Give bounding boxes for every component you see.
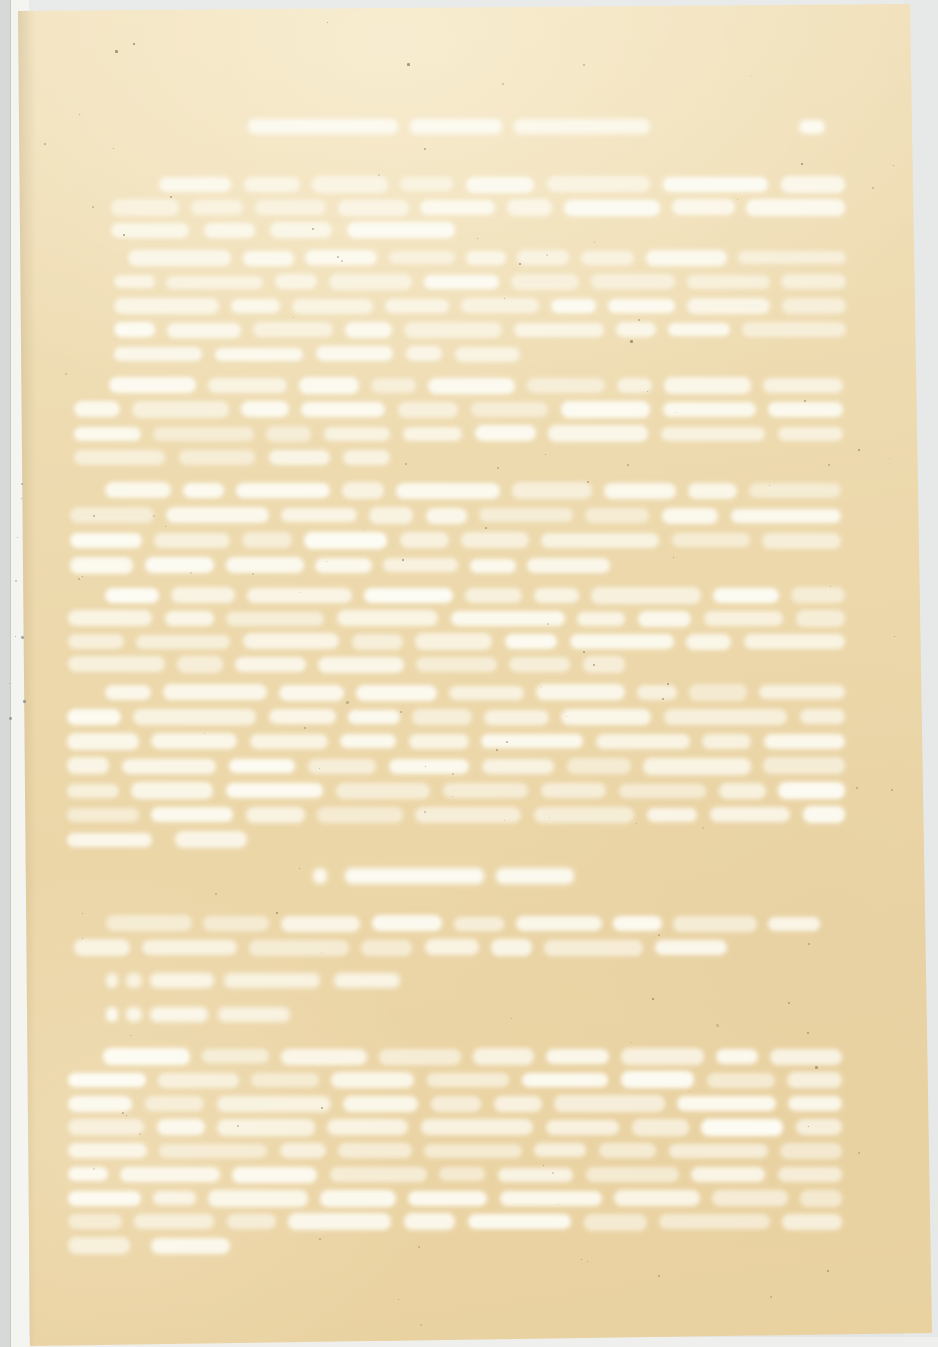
word-blob: [317, 807, 402, 824]
word-blob: [177, 656, 222, 673]
text-line: [68, 634, 845, 649]
paper-speck: [689, 1091, 690, 1092]
word-blob: [546, 1120, 620, 1135]
word-blob: [716, 1049, 759, 1064]
word-blob: [431, 1096, 481, 1112]
scanned-page: [0, 0, 938, 1347]
word-blob: [275, 274, 317, 289]
paper-speck: [337, 256, 339, 258]
word-blob: [534, 1143, 586, 1157]
word-blob: [379, 1049, 462, 1065]
word-blob: [439, 1167, 485, 1181]
word-blob: [304, 532, 387, 549]
word-blob: [227, 1214, 276, 1229]
word-blob: [507, 199, 552, 216]
word-blob: [778, 782, 845, 799]
text-line: [68, 1143, 842, 1158]
edge-speck: [15, 580, 17, 582]
paper-speck: [770, 1296, 772, 1298]
word-blob: [404, 322, 503, 338]
word-blob: [159, 177, 231, 191]
paper-speck: [894, 636, 895, 637]
word-blob: [68, 1096, 132, 1112]
word-blob: [243, 633, 339, 649]
word-blob: [646, 250, 727, 266]
text-line: [74, 402, 843, 417]
word-blob: [369, 507, 413, 523]
paper-speck: [346, 701, 349, 704]
paper-speck: [630, 340, 633, 343]
word-blob: [475, 425, 536, 441]
word-blob: [372, 915, 442, 931]
word-blob: [509, 657, 570, 671]
word-blob: [253, 322, 333, 337]
word-blob: [400, 532, 449, 548]
text-line: [111, 223, 455, 238]
word-blob: [266, 426, 311, 442]
word-blob: [68, 1191, 141, 1206]
word-blob: [677, 1096, 776, 1111]
paper-speck: [497, 467, 499, 469]
word-blob: [305, 250, 377, 265]
text-line: [109, 378, 843, 393]
paper-speck: [82, 576, 83, 577]
section-heading-blob: [496, 868, 574, 884]
word-blob: [536, 684, 625, 700]
paper-speck: [485, 527, 487, 529]
word-blob: [781, 274, 846, 290]
paper-speck: [893, 165, 894, 166]
text-line: [105, 685, 845, 700]
word-blob: [114, 322, 155, 337]
list-item-1-blob: [150, 973, 214, 988]
word-blob: [246, 807, 305, 823]
text-line: [105, 588, 845, 603]
word-blob: [482, 759, 554, 773]
word-blob: [541, 783, 606, 799]
text-line: [67, 710, 845, 725]
word-blob: [591, 587, 701, 604]
word-blob: [742, 322, 846, 337]
word-blob: [427, 1073, 510, 1088]
paper-speck: [504, 298, 505, 299]
paper-speck: [78, 578, 80, 580]
word-blob: [713, 588, 779, 602]
word-blob: [396, 483, 500, 500]
text-line: [74, 450, 390, 465]
word-blob: [669, 1144, 768, 1158]
paper-speck: [115, 50, 118, 53]
word-blob: [672, 199, 735, 215]
text-line: [105, 483, 841, 498]
list-item-1-blob: [334, 973, 400, 988]
running-head-blob: [514, 119, 650, 134]
word-blob: [136, 635, 230, 649]
word-blob: [183, 483, 224, 497]
word-blob: [686, 634, 731, 650]
word-blob: [534, 807, 634, 823]
paper-speck: [716, 1024, 719, 1027]
word-blob: [247, 588, 352, 602]
word-blob: [163, 684, 266, 700]
word-blob: [591, 274, 675, 290]
word-blob: [498, 1168, 573, 1182]
paper-speck: [546, 254, 548, 256]
word-blob: [175, 831, 247, 848]
edge-speck: [21, 483, 23, 485]
word-blob: [120, 1167, 219, 1182]
word-blob: [105, 482, 171, 498]
word-blob: [312, 176, 387, 193]
paper-speck: [788, 1002, 790, 1004]
word-blob: [106, 915, 192, 931]
word-blob: [292, 299, 373, 314]
word-blob: [166, 507, 269, 523]
word-blob: [494, 1096, 542, 1112]
text-line: [114, 347, 520, 361]
word-blob: [687, 275, 769, 288]
word-blob: [330, 1167, 427, 1182]
paper-speck: [133, 43, 135, 45]
list-item-1-blob: [126, 973, 142, 988]
word-blob: [389, 759, 470, 773]
word-blob: [415, 807, 521, 822]
word-blob: [778, 427, 843, 441]
word-blob: [203, 916, 269, 932]
word-blob: [171, 587, 235, 604]
word-blob: [614, 1190, 699, 1206]
word-blob: [250, 734, 328, 749]
word-blob: [67, 808, 139, 822]
word-blob: [491, 939, 532, 956]
word-blob: [132, 401, 229, 418]
word-blob: [663, 177, 768, 192]
paper-speck: [215, 893, 217, 895]
word-blob: [251, 1073, 318, 1087]
text-line: [114, 299, 846, 313]
word-blob: [318, 657, 404, 674]
word-blob: [484, 710, 549, 725]
word-blob: [356, 685, 438, 701]
word-blob: [663, 402, 756, 418]
paper-speck: [801, 163, 803, 165]
word-blob: [511, 274, 580, 290]
word-blob: [114, 347, 202, 360]
word-blob: [159, 1144, 267, 1159]
text-line: [128, 251, 846, 265]
running-head-blob: [248, 119, 398, 134]
word-blob: [527, 558, 610, 573]
word-blob: [131, 782, 213, 799]
word-blob: [409, 734, 469, 749]
word-blob: [67, 709, 121, 726]
word-blob: [500, 1191, 602, 1206]
word-blob: [109, 377, 196, 393]
word-blob: [719, 783, 766, 799]
page-number-blob: [799, 120, 825, 134]
word-blob: [791, 587, 845, 603]
word-blob: [731, 509, 841, 523]
word-blob: [269, 450, 330, 466]
word-blob: [512, 482, 592, 499]
paper-speck: [750, 76, 751, 77]
word-blob: [768, 402, 843, 417]
word-blob: [338, 1143, 412, 1158]
paper-speck: [252, 573, 254, 575]
word-blob: [122, 759, 217, 773]
word-blob: [336, 783, 430, 799]
word-blob: [128, 250, 231, 266]
paper-speck: [237, 1125, 239, 1127]
word-blob: [586, 1167, 679, 1183]
edge-speck: [23, 700, 26, 703]
word-blob: [151, 733, 237, 749]
word-blob: [371, 378, 417, 393]
word-blob: [68, 1119, 144, 1135]
word-blob: [585, 508, 649, 523]
paper-speck: [815, 1066, 818, 1069]
word-blob: [68, 1237, 130, 1254]
word-blob: [788, 1096, 842, 1112]
word-blob: [316, 346, 393, 361]
paper-speck: [804, 400, 806, 402]
word-blob: [608, 299, 675, 312]
word-blob: [643, 758, 750, 775]
paper-speck: [662, 698, 664, 700]
word-blob: [279, 685, 344, 701]
word-blob: [613, 916, 661, 931]
word-blob: [158, 1073, 239, 1088]
word-blob: [782, 298, 846, 313]
word-blob: [468, 1214, 572, 1230]
word-blob: [249, 940, 348, 957]
word-blob: [415, 633, 492, 649]
word-blob: [157, 1119, 205, 1136]
word-blob: [315, 558, 371, 573]
text-line: [67, 759, 845, 774]
paper-speck: [424, 811, 426, 813]
paper-speck: [891, 789, 893, 791]
paper-speck: [667, 683, 669, 685]
paper-speck: [126, 1115, 127, 1116]
list-item-2-blob: [126, 1007, 142, 1022]
paper-speck: [402, 559, 404, 561]
word-blob: [443, 783, 529, 799]
word-blob: [68, 656, 165, 672]
edge-speck: [9, 717, 12, 720]
word-blob: [389, 251, 455, 265]
word-blob: [151, 1238, 230, 1254]
paper-speck: [122, 1112, 124, 1114]
word-blob: [329, 274, 412, 290]
word-blob: [710, 807, 791, 821]
word-blob: [114, 298, 219, 314]
edge-speck: [21, 636, 24, 639]
word-blob: [67, 757, 109, 774]
word-blob: [70, 507, 154, 523]
word-blob: [408, 1191, 487, 1206]
word-blob: [455, 347, 520, 362]
word-blob: [231, 299, 280, 314]
word-blob: [421, 1119, 533, 1135]
text-line: [68, 1191, 842, 1206]
word-blob: [236, 483, 330, 498]
word-blob: [403, 427, 463, 441]
word-blob: [400, 177, 453, 191]
word-blob: [68, 1143, 147, 1158]
word-blob: [68, 1167, 108, 1181]
word-blob: [74, 427, 141, 441]
word-blob: [583, 656, 625, 673]
word-blob: [153, 427, 254, 441]
word-blob: [637, 685, 678, 700]
text-line: [106, 916, 820, 931]
word-blob: [232, 1167, 317, 1183]
text-line: [68, 657, 625, 672]
paper-speck: [583, 64, 585, 66]
word-blob: [584, 1214, 647, 1231]
word-blob: [229, 759, 295, 774]
text-line: [68, 1120, 842, 1135]
text-line: [68, 1073, 842, 1088]
paper-speck: [452, 773, 454, 775]
word-blob: [541, 533, 659, 548]
word-blob: [768, 917, 820, 931]
word-blob: [68, 634, 124, 649]
word-blob: [269, 709, 336, 724]
word-blob: [712, 1190, 788, 1207]
paper-speck: [583, 651, 585, 653]
word-blob: [800, 709, 845, 724]
paper-speck: [807, 1032, 809, 1034]
paper-speck: [44, 143, 46, 145]
word-blob: [424, 275, 499, 289]
word-blob: [449, 686, 523, 700]
word-blob: [672, 533, 750, 548]
paper-speck: [65, 373, 67, 375]
paper-speck: [319, 768, 320, 769]
word-blob: [796, 610, 845, 627]
word-blob: [554, 1095, 665, 1112]
word-blob: [406, 346, 442, 361]
paper-speck: [872, 187, 874, 189]
paper-speck: [552, 1172, 554, 1174]
paper-speck: [889, 458, 890, 459]
word-blob: [688, 483, 736, 498]
word-blob: [567, 758, 631, 774]
text-line: [68, 611, 845, 626]
word-blob: [564, 200, 660, 216]
word-blob: [702, 734, 751, 749]
word-blob: [425, 939, 480, 955]
word-blob: [242, 532, 292, 549]
word-blob: [398, 402, 459, 418]
word-blob: [67, 833, 152, 847]
word-blob: [324, 427, 391, 441]
word-blob: [153, 1191, 196, 1205]
word-blob: [226, 557, 304, 573]
word-blob: [616, 322, 656, 337]
list-item-2-blob: [150, 1007, 208, 1022]
word-blob: [763, 757, 845, 774]
word-blob: [241, 401, 289, 417]
word-blob: [759, 685, 845, 700]
word-blob: [638, 611, 691, 627]
word-blob: [167, 323, 241, 338]
text-line: [67, 808, 845, 823]
word-blob: [68, 610, 152, 626]
word-blob: [281, 916, 360, 932]
word-blob: [68, 1214, 122, 1229]
word-blob: [270, 222, 332, 238]
word-blob: [134, 1214, 214, 1229]
word-blob: [420, 200, 495, 215]
word-blob: [428, 378, 515, 394]
word-blob: [787, 1072, 842, 1089]
paper-speck: [652, 998, 654, 1000]
word-blob: [479, 508, 573, 522]
paper-speck: [170, 196, 172, 198]
word-blob: [426, 508, 467, 525]
word-blob: [226, 612, 324, 626]
word-blob: [280, 1143, 326, 1158]
word-blob: [202, 1049, 269, 1063]
word-blob: [342, 482, 384, 499]
text-line: [70, 558, 610, 573]
word-blob: [470, 559, 516, 573]
word-blob: [68, 1073, 146, 1088]
word-blob: [308, 759, 376, 774]
word-blob: [527, 378, 605, 393]
paper-speck: [420, 1324, 422, 1326]
word-blob: [142, 940, 237, 955]
word-blob: [701, 1119, 783, 1136]
text-line: [114, 323, 846, 337]
word-blob: [70, 557, 133, 574]
running-head-blob: [410, 119, 502, 134]
paper-speck: [321, 1107, 323, 1109]
word-blob: [385, 299, 449, 312]
word-blob: [514, 323, 604, 337]
word-blob: [621, 1071, 694, 1088]
word-blob: [70, 533, 142, 548]
word-blob: [516, 916, 602, 932]
paper-speck: [190, 572, 192, 574]
word-blob: [347, 222, 455, 238]
text-line: [67, 783, 845, 798]
section-heading-blob: [345, 868, 484, 884]
paper-speck: [299, 868, 300, 869]
list-item-2-blob: [218, 1007, 290, 1022]
word-blob: [461, 298, 539, 313]
word-blob: [544, 940, 643, 956]
word-blob: [105, 588, 159, 603]
word-blob: [800, 1190, 842, 1207]
word-blob: [338, 200, 408, 216]
paper-speck: [363, 529, 364, 530]
word-blob: [632, 1119, 689, 1135]
word-blob: [74, 450, 165, 465]
edge-speck: [17, 537, 18, 538]
word-blob: [546, 1049, 609, 1064]
word-blob: [133, 709, 256, 725]
word-blob: [659, 1214, 770, 1229]
word-blob: [621, 1048, 704, 1064]
word-blob: [340, 734, 396, 748]
word-blob: [114, 275, 155, 289]
paper-speck: [418, 1246, 420, 1248]
paper-speck: [581, 1259, 582, 1260]
